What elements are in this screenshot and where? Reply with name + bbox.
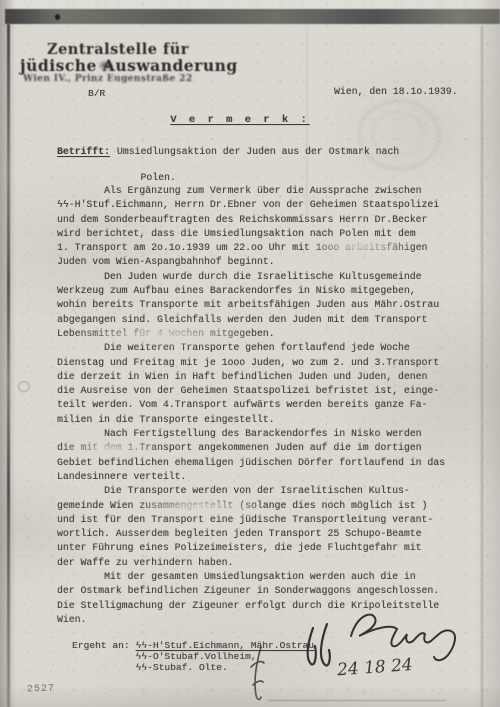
signature-numbers: 24 18 24 xyxy=(335,655,413,680)
dateline: Wien, den 18.1o.1939. xyxy=(334,86,457,97)
body-line: die derzeit in Wien in Haft befindlichen… xyxy=(57,370,445,384)
body-line: Dienstag und Freitag mit je 1ooo Juden, … xyxy=(57,356,445,370)
scan-left-edge-line xyxy=(7,24,10,707)
body-line: abgegangen sind. Gleichfalls werden den … xyxy=(57,313,445,327)
body-line: Gebiet befindlichen ehemaligen jüdischen… xyxy=(57,456,445,470)
page-top-edge xyxy=(0,0,500,9)
distribution-block: Ergeht an: ϟϟ-H'Stuf.Eichmann, Mähr.Ostr… xyxy=(72,640,314,673)
body-line: teilt werden. Vom 4.Transport aufwärts w… xyxy=(57,398,445,412)
scan-dark-band xyxy=(5,9,500,24)
body-line: Die weiteren Transporte gehen fortlaufen… xyxy=(57,341,445,355)
recipient-line: ϟϟ-Stubaf. Olte. xyxy=(136,662,314,673)
subject-label: Betrifft: xyxy=(57,145,110,184)
body-line: der Ostmark befindlichen Zigeuner in Son… xyxy=(57,584,445,598)
recipient-line: ϟϟ-H'Stuf.Eichmann, Mähr.Ostrau xyxy=(136,640,314,651)
body-line: unter Führung eines Polizeimeisters, die… xyxy=(57,541,445,555)
handwritten-pen-stroke xyxy=(248,645,270,703)
body-text: Als Ergänzung zum Vermerk über die Aussp… xyxy=(57,184,445,627)
distribution-label: Ergeht an: xyxy=(72,640,130,673)
body-line: Mit der gesamten Umsiedlungsaktion werde… xyxy=(57,570,445,584)
body-line: Die Transporte werden von der Israelitis… xyxy=(57,484,445,498)
body-line: und dem Sonderbeauftragten des Reichskom… xyxy=(57,213,445,227)
recipient-line: ϟϟ-O'Stubaf.Vollheim, xyxy=(136,651,314,662)
body-line: wird berichtet, dass die Umsiedlungsakti… xyxy=(57,227,445,241)
body-line: die mit dem 1.Transport angekommenen Jud… xyxy=(57,441,445,455)
body-line: wortlich. Ausserdem begleiten jeden Tran… xyxy=(57,527,445,541)
body-line: wohin bereits Transporte mit arbeitsfähi… xyxy=(57,298,445,312)
body-line: Lebensmittel für 4 Wochen mitgegeben. xyxy=(57,327,445,341)
body-line: Juden vom Wien-Aspangbahnhof beginnt. xyxy=(57,255,445,269)
scan-right-fold-line xyxy=(481,26,483,707)
scan-bottom-line xyxy=(268,700,446,701)
scan-dark-spot xyxy=(55,14,60,20)
faint-ring-mark xyxy=(18,381,30,392)
body-line: 1. Transport am 2o.1o.1939 um 22.oo Uhr … xyxy=(57,241,445,255)
handwritten-archive-number: 2527 xyxy=(27,684,55,696)
subject-line1: Umsiedlungsaktion der Juden aus der Ostm… xyxy=(117,146,399,157)
body-line: Den Juden wurde durch die Israelitische … xyxy=(57,270,445,284)
reference-code: B/R xyxy=(88,88,105,99)
recipient-list: ϟϟ-H'Stuf.Eichmann, Mähr.Ostrauϟϟ-O'Stub… xyxy=(136,640,314,673)
body-line: und ist für den Transport eine jüdische … xyxy=(57,513,445,527)
body-line: gemeinde Wien zusammengestellt (solange … xyxy=(57,499,445,513)
ink-blot xyxy=(98,60,114,71)
document-page: Zentralstelle für jüdische Auswanderung … xyxy=(0,0,500,707)
body-line: milien in die Transporte eingestellt. xyxy=(57,413,445,427)
letterhead-line2: jüdische Auswanderung xyxy=(20,56,238,75)
handwritten-signature: 24 18 24 xyxy=(295,606,480,691)
body-line: Landesinnere verteilt. xyxy=(57,470,445,484)
letterhead-address: Wien IV., Prinz Eugenstraße 22 xyxy=(23,74,193,84)
body-line: Als Ergänzung zum Vermerk über die Aussp… xyxy=(57,184,445,198)
body-line: Werkzeug zum Aufbau eines Barackendorfes… xyxy=(57,284,445,298)
document-title: V e r m e r k : xyxy=(150,114,330,126)
subject-text: Umsiedlungsaktion der Juden aus der Ostm… xyxy=(117,145,399,184)
body-line: ϟϟ-H'Stuf.Eichmann, Herrn Dr.Ebner von d… xyxy=(57,198,445,212)
body-line: Nach Fertigstellung des Barackendorfes i… xyxy=(57,427,445,441)
subject-line2: Polen. xyxy=(140,172,175,183)
body-line: der Waffe zu verhindern haben. xyxy=(57,556,445,570)
body-line: die Ausreise von der Geheimen Staatspoli… xyxy=(57,384,445,398)
subject-block: Betrifft: Umsiedlungsaktion der Juden au… xyxy=(57,145,399,184)
